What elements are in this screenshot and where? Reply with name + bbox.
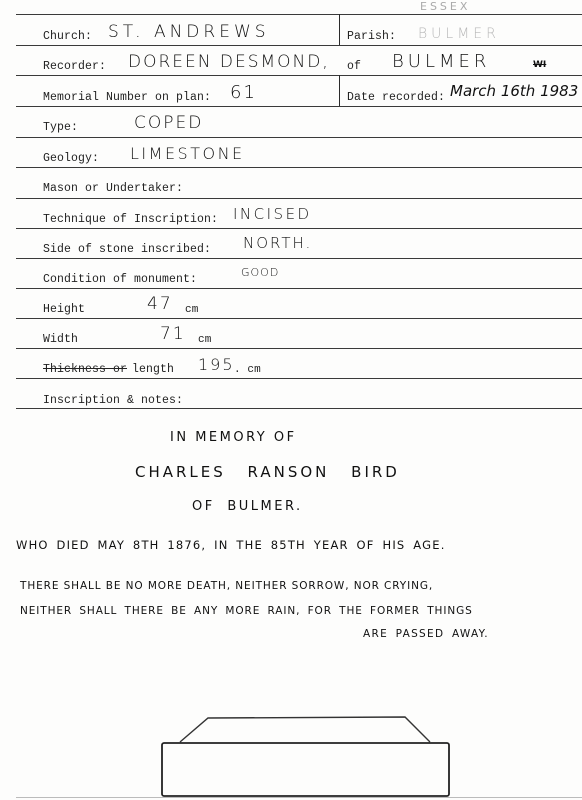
rule — [16, 378, 582, 379]
inscription-line: OF BULMER. — [192, 499, 303, 514]
page-edge — [16, 797, 582, 798]
rule — [16, 45, 582, 46]
width-label: Width — [43, 333, 78, 346]
church-label: Church: — [43, 30, 92, 43]
county-note: ESSEX — [420, 0, 470, 13]
rule — [16, 258, 582, 259]
recorder-value[interactable]: DOREEN DESMOND, — [128, 52, 330, 72]
condition-label: Condition of monument: — [43, 273, 197, 286]
column-divider — [339, 75, 340, 106]
recorder-label: Recorder: — [43, 60, 106, 73]
church-value[interactable]: ST. ANDREWS — [108, 22, 270, 42]
width-unit: cm — [198, 334, 211, 346]
rule — [16, 228, 582, 229]
height-value[interactable]: 47 — [147, 294, 173, 314]
inscription-line: IN MEMORY OF — [170, 430, 297, 445]
height-label: Height — [43, 303, 85, 316]
type-value[interactable]: COPED — [134, 113, 203, 133]
memorial-number-label: Memorial Number on plan: — [43, 91, 211, 104]
rule — [16, 137, 582, 138]
rule — [16, 106, 582, 107]
column-divider — [339, 14, 340, 45]
rule — [16, 167, 582, 168]
of-value[interactable]: BULMER — [392, 51, 490, 72]
thickness-label-struck: Thickness or — [43, 363, 127, 376]
rule — [16, 198, 582, 199]
length-label: length — [132, 363, 174, 376]
notes-label: Inscription & notes: — [43, 394, 183, 407]
memorial-number-value[interactable]: 61 — [230, 82, 257, 103]
geology-value[interactable]: LIMESTONE — [130, 144, 245, 163]
inscription-line: NEITHER SHALL THERE BE ANY MORE RAIN, FO… — [20, 605, 473, 617]
width-value[interactable]: 71 — [160, 324, 186, 344]
parish-value[interactable]: BULMER — [418, 26, 500, 42]
date-recorded-value[interactable]: March 16th 1983 — [450, 82, 578, 100]
date-recorded-label: Date recorded: — [347, 91, 445, 104]
of-label: of — [347, 60, 361, 73]
inscription-line: CHARLES RANSON BIRD — [135, 463, 400, 481]
type-label: Type: — [43, 121, 78, 134]
technique-value[interactable]: INCISED — [233, 205, 312, 223]
parish-label: Parish: — [347, 30, 396, 43]
length-unit: . cm — [234, 364, 261, 376]
struck-note: WI — [533, 60, 546, 70]
rule — [16, 318, 582, 319]
side-value[interactable]: NORTH. — [243, 234, 312, 252]
inscription-line: WHO DIED MAY 8TH 1876, IN THE 85TH YEAR … — [16, 538, 446, 552]
rule — [16, 348, 582, 349]
inscription-line: ARE PASSED AWAY. — [363, 628, 489, 640]
height-unit: cm — [185, 304, 198, 316]
condition-value[interactable]: GOOD — [241, 266, 279, 279]
mason-label: Mason or Undertaker: — [43, 182, 183, 195]
geology-label: Geology: — [43, 152, 99, 165]
rule — [16, 75, 582, 76]
rule — [16, 14, 582, 15]
rule — [16, 288, 582, 289]
rule — [16, 408, 582, 409]
coped-stone-sketch-icon — [150, 700, 450, 800]
technique-label: Technique of Inscription: — [43, 213, 218, 226]
inscription-line: THERE SHALL BE NO MORE DEATH, NEITHER SO… — [20, 580, 433, 592]
length-value[interactable]: 195 — [198, 355, 235, 374]
side-label: Side of stone inscribed: — [43, 243, 211, 256]
